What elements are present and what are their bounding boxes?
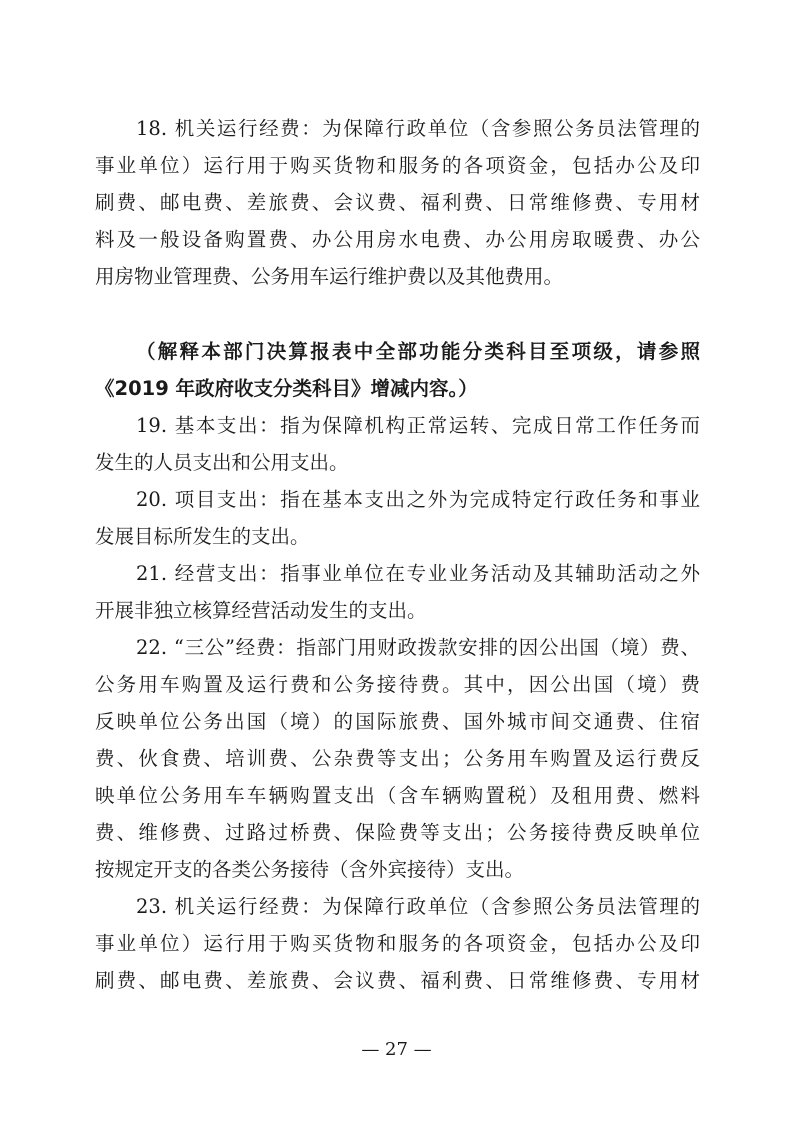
item-18-line-1: 18. 机关运行经费：为保障行政单位（含参照公务员法管理的 [136, 110, 700, 147]
item-22-line-2: 公务用车购置及运行费和公务接待费。其中，因公出国（境）费 [95, 666, 700, 703]
item-21-line-2: 开展非独立核算经营活动发生的支出。 [95, 592, 700, 629]
item-23-line-1: 23. 机关运行经费：为保障行政单位（含参照公务员法管理的 [136, 888, 700, 925]
item-18-line-3: 刷费、邮电费、差旅费、会议费、福利费、日常维修费、专用材 [95, 184, 700, 221]
item-22-line-3: 反映单位公务出国（境）的国际旅费、国外城市间交通费、住宿 [95, 703, 700, 740]
item-22-line-5: 映单位公务用车车辆购置支出（含车辆购置税）及租用费、燃料 [95, 777, 700, 814]
note-line-1: （解释本部门决算报表中全部功能分类科目至项级，请参照 [136, 333, 700, 370]
item-23-line-2: 事业单位）运行用于购买货物和服务的各项资金，包括办公及印 [95, 925, 700, 962]
item-22-line-6: 费、维修费、过路过桥费、保险费等支出；公务接待费反映单位 [95, 814, 700, 851]
item-21-line-1: 21. 经营支出：指事业单位在专业业务活动及其辅助活动之外 [136, 555, 700, 592]
item-20-line-2: 发展目标所发生的支出。 [95, 518, 700, 555]
item-22-line-4: 费、伙食费、培训费、公杂费等支出；公务用车购置及运行费反 [95, 740, 700, 777]
item-20-line-1: 20. 项目支出：指在基本支出之外为完成特定行政任务和事业 [136, 481, 700, 518]
item-22-line-7: 按规定开支的各类公务接待（含外宾接待）支出。 [95, 851, 700, 888]
note-line-2: 《2019 年政府收支分类科目》增减内容。） [95, 370, 700, 407]
document-page: 18. 机关运行经费：为保障行政单位（含参照公务员法管理的 事业单位）运行用于购… [0, 0, 793, 1122]
item-19-line-2: 发生的人员支出和公用支出。 [95, 444, 700, 481]
item-23-line-3: 刷费、邮电费、差旅费、会议费、福利费、日常维修费、专用材 [95, 962, 700, 999]
item-18-line-5: 用房物业管理费、公务用车运行维护费以及其他费用。 [95, 258, 700, 295]
item-18-line-2: 事业单位）运行用于购买货物和服务的各项资金，包括办公及印 [95, 147, 700, 184]
page-number: — 27 — [0, 1038, 793, 1062]
item-22-line-1: 22. “三公”经费：指部门用财政拨款安排的因公出国（境）费、 [136, 629, 700, 666]
item-18-line-4: 料及一般设备购置费、办公用房水电费、办公用房取暖费、办公 [95, 221, 700, 258]
item-19-line-1: 19. 基本支出：指为保障机构正常运转、完成日常工作任务而 [136, 407, 700, 444]
